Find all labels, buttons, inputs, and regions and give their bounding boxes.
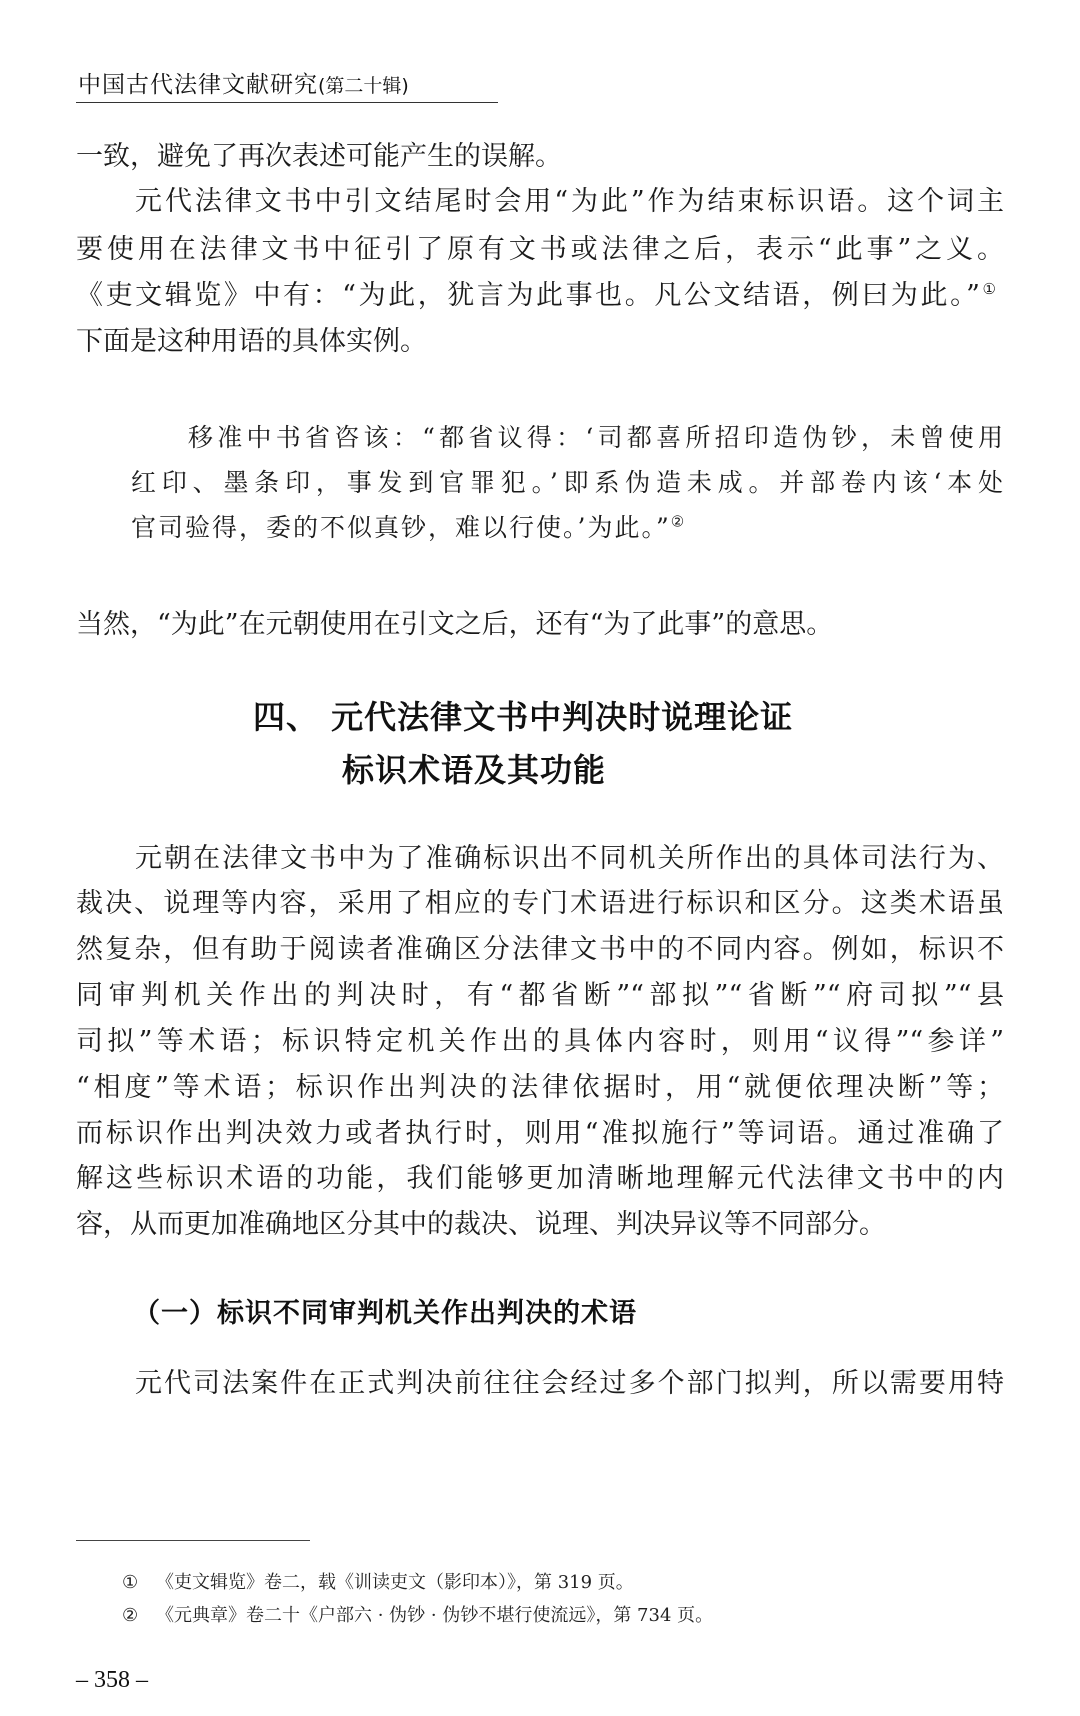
section-heading-line-2: 标识术语及其功能 — [342, 750, 606, 790]
footnote-2: ②《元典章》卷二十《户部六 · 伪钞 · 伪钞不堪行使流远》，第 734 页。 — [122, 1604, 713, 1628]
paragraph-line: 司拟”等术语；标识特定机关作出的具体内容时，则用“议得”“参详” — [76, 1025, 1004, 1059]
running-header: 中国古代法律文献研究(第二十辑) — [76, 62, 498, 103]
paragraph-line: 容，从而更加准确地区分其中的裁决、说理、判决异议等不同部分。 — [76, 1208, 886, 1242]
paragraph-line: 下面是这种用语的具体实例。 — [76, 325, 427, 359]
paragraph-line: 而标识作出判决效力或者执行时，则用“准拟施行”等词语。通过准确了 — [76, 1117, 1004, 1151]
paragraph-line: 同审判机关作出的判决时，有“都省断”“部拟”“省断”“府司拟”“县 — [76, 979, 1004, 1013]
footnote-divider — [76, 1540, 310, 1541]
paragraph-line: 一致，避免了再次表述可能产生的误解。 — [76, 140, 562, 174]
paragraph-line: 当然，“为此”在元朝使用在引文之后，还有“为了此事”的意思。 — [76, 608, 833, 642]
footnote-number: ② — [122, 1604, 156, 1628]
journal-title: 中国古代法律文献研究(第二十辑) — [78, 66, 409, 99]
footnote-ref-2[interactable]: ② — [671, 513, 686, 531]
paragraph-line: 元代法律文书中引文结尾时会用“为此”作为结束标识语。这个词主 — [135, 185, 1004, 219]
paragraph-line: 然复杂，但有助于阅读者准确区分法律文书中的不同内容。例如，标识不 — [76, 933, 1004, 967]
block-quote-line: 官司验得，委的不似真钞，难以行使。’为此。”② — [131, 511, 686, 545]
footnote-text: 《元典章》卷二十《户部六 · 伪钞 · 伪钞不堪行使流远》，第 734 页。 — [156, 1605, 713, 1626]
footnote-1: ①《吏文辑览》卷二，载《训读吏文（影印本）》，第 319 页。 — [122, 1571, 634, 1595]
paragraph-line: “相度”等术语；标识作出判决的法律依据时，用“就便依理决断”等； — [76, 1071, 1004, 1105]
paragraph-text: 《吏文辑览》中有：“为此，犹言为此事也。凡公文结语，例曰为此。” — [76, 280, 980, 311]
page-number: – 358 – — [76, 1667, 148, 1694]
paragraph-line: 元朝在法律文书中为了准确标识出不同机关所作出的具体司法行为、 — [135, 842, 1004, 876]
paragraph-line: 解这些标识术语的功能，我们能够更加清晰地理解元代法律文书中的内 — [76, 1162, 1004, 1196]
footnote-text: 《吏文辑览》卷二，载《训读吏文（影印本）》，第 319 页。 — [156, 1572, 634, 1593]
footnote-number: ① — [122, 1571, 156, 1595]
block-quote-text: 官司验得，委的不似真钞，难以行使。’为此。” — [131, 513, 671, 542]
block-quote-line: 移准中书省咨该：“都省议得：‘司都喜所招印造伪钞，未曾使用 — [188, 421, 1005, 455]
subsection-heading: （一）标识不同审判机关作出判决的术语 — [133, 1297, 637, 1331]
paragraph-line: 裁决、说理等内容，采用了相应的专门术语进行标识和区分。这类术语虽 — [76, 887, 1004, 921]
block-quote-line: 红印、墨条印，事发到官罪犯。’即系伪造未成。并部卷内该‘本处 — [131, 466, 1005, 500]
paragraph-line: 要使用在法律文书中征引了原有文书或法律之后，表示“此事”之义。 — [76, 233, 1004, 267]
paragraph-line: 元代司法案件在正式判决前往往会经过多个部门拟判，所以需要用特 — [135, 1367, 1004, 1401]
paragraph-line: 《吏文辑览》中有：“为此，犹言为此事也。凡公文结语，例曰为此。”① — [76, 279, 996, 313]
journal-volume: (第二十辑) — [318, 75, 409, 97]
section-heading-line-1: 四、 元代法律文书中判决时说理论证 — [253, 697, 793, 737]
footnote-ref-1[interactable]: ① — [980, 280, 996, 298]
journal-name: 中国古代法律文献研究 — [78, 72, 318, 98]
